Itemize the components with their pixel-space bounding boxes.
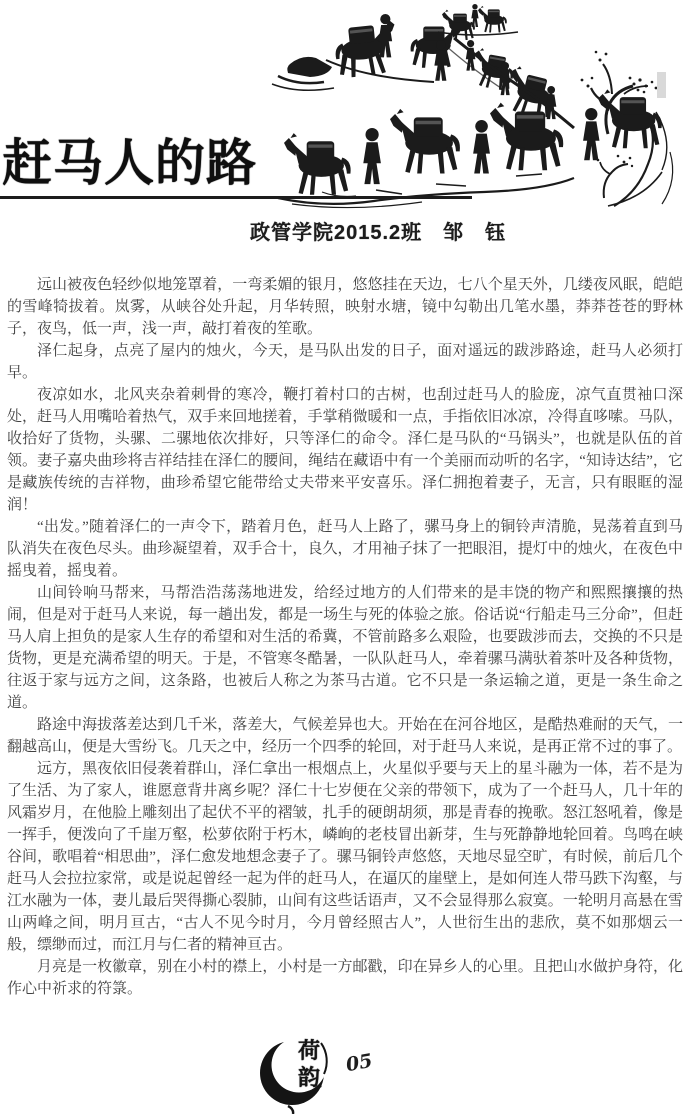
article-title: 赶马人的路 xyxy=(2,123,257,195)
paragraph-6: 路途中海拔落差达到几千米，落差大，气候差异也大。开始在在河谷地区，是酷热难耐的天… xyxy=(7,714,683,758)
title-underline xyxy=(0,196,472,199)
article-body: 远山被夜色轻纱似地笼罩着，一弯柔媚的银月，悠悠挂在天边，七八个星天外，几缕夜风眠… xyxy=(7,274,683,1000)
logo-char-yun: 韵 xyxy=(298,1061,320,1092)
paragraph-4: “出发。”随着泽仁的一声令下，踏着月色，赶马人上路了，骡马身上的铜铃声清脆，晃荡… xyxy=(7,516,683,582)
page-number: 05 xyxy=(344,1050,374,1076)
magazine-page: 赶马人的路 政管学院2015.2班 邹 钰 远山被夜色轻纱似地笼罩着，一弯柔媚的… xyxy=(0,0,690,1115)
horse-caravan-ink-illustration xyxy=(226,2,690,214)
paragraph-7: 远方，黑夜依旧侵袭着群山，泽仁拿出一根烟点上，火星似乎要与天上的星斗融为一体，若… xyxy=(7,758,683,956)
paragraph-5: 山间铃响马帮来，马帮浩浩荡荡地进发，给经过地方的人们带来的是丰饶的物产和熙熙攘攘… xyxy=(7,582,683,714)
page-edge-accent-bar xyxy=(657,72,666,98)
paragraph-2: 泽仁起身，点亮了屋内的烛火，今天，是马队出发的日子，面对遥远的跋涉路途，赶马人必… xyxy=(7,340,683,384)
paragraph-1: 远山被夜色轻纱似地笼罩着，一弯柔媚的银月，悠悠挂在天边，七八个星天外，几缕夜风眠… xyxy=(7,274,683,340)
heyun-logo: 荷 韵 xyxy=(258,1030,340,1114)
paragraph-3: 夜凉如水，北风夹杂着刺骨的寒冷，鞭打着村口的古树，也刮过赶马人的脸庞，凉气直贯袖… xyxy=(7,384,683,516)
byline: 政管学院2015.2班 邹 钰 xyxy=(250,216,490,245)
paragraph-8: 月亮是一枚徽章，别在小村的襟上，小村是一方邮戳，印在异乡人的心里。且把山水做护身… xyxy=(7,956,683,1000)
